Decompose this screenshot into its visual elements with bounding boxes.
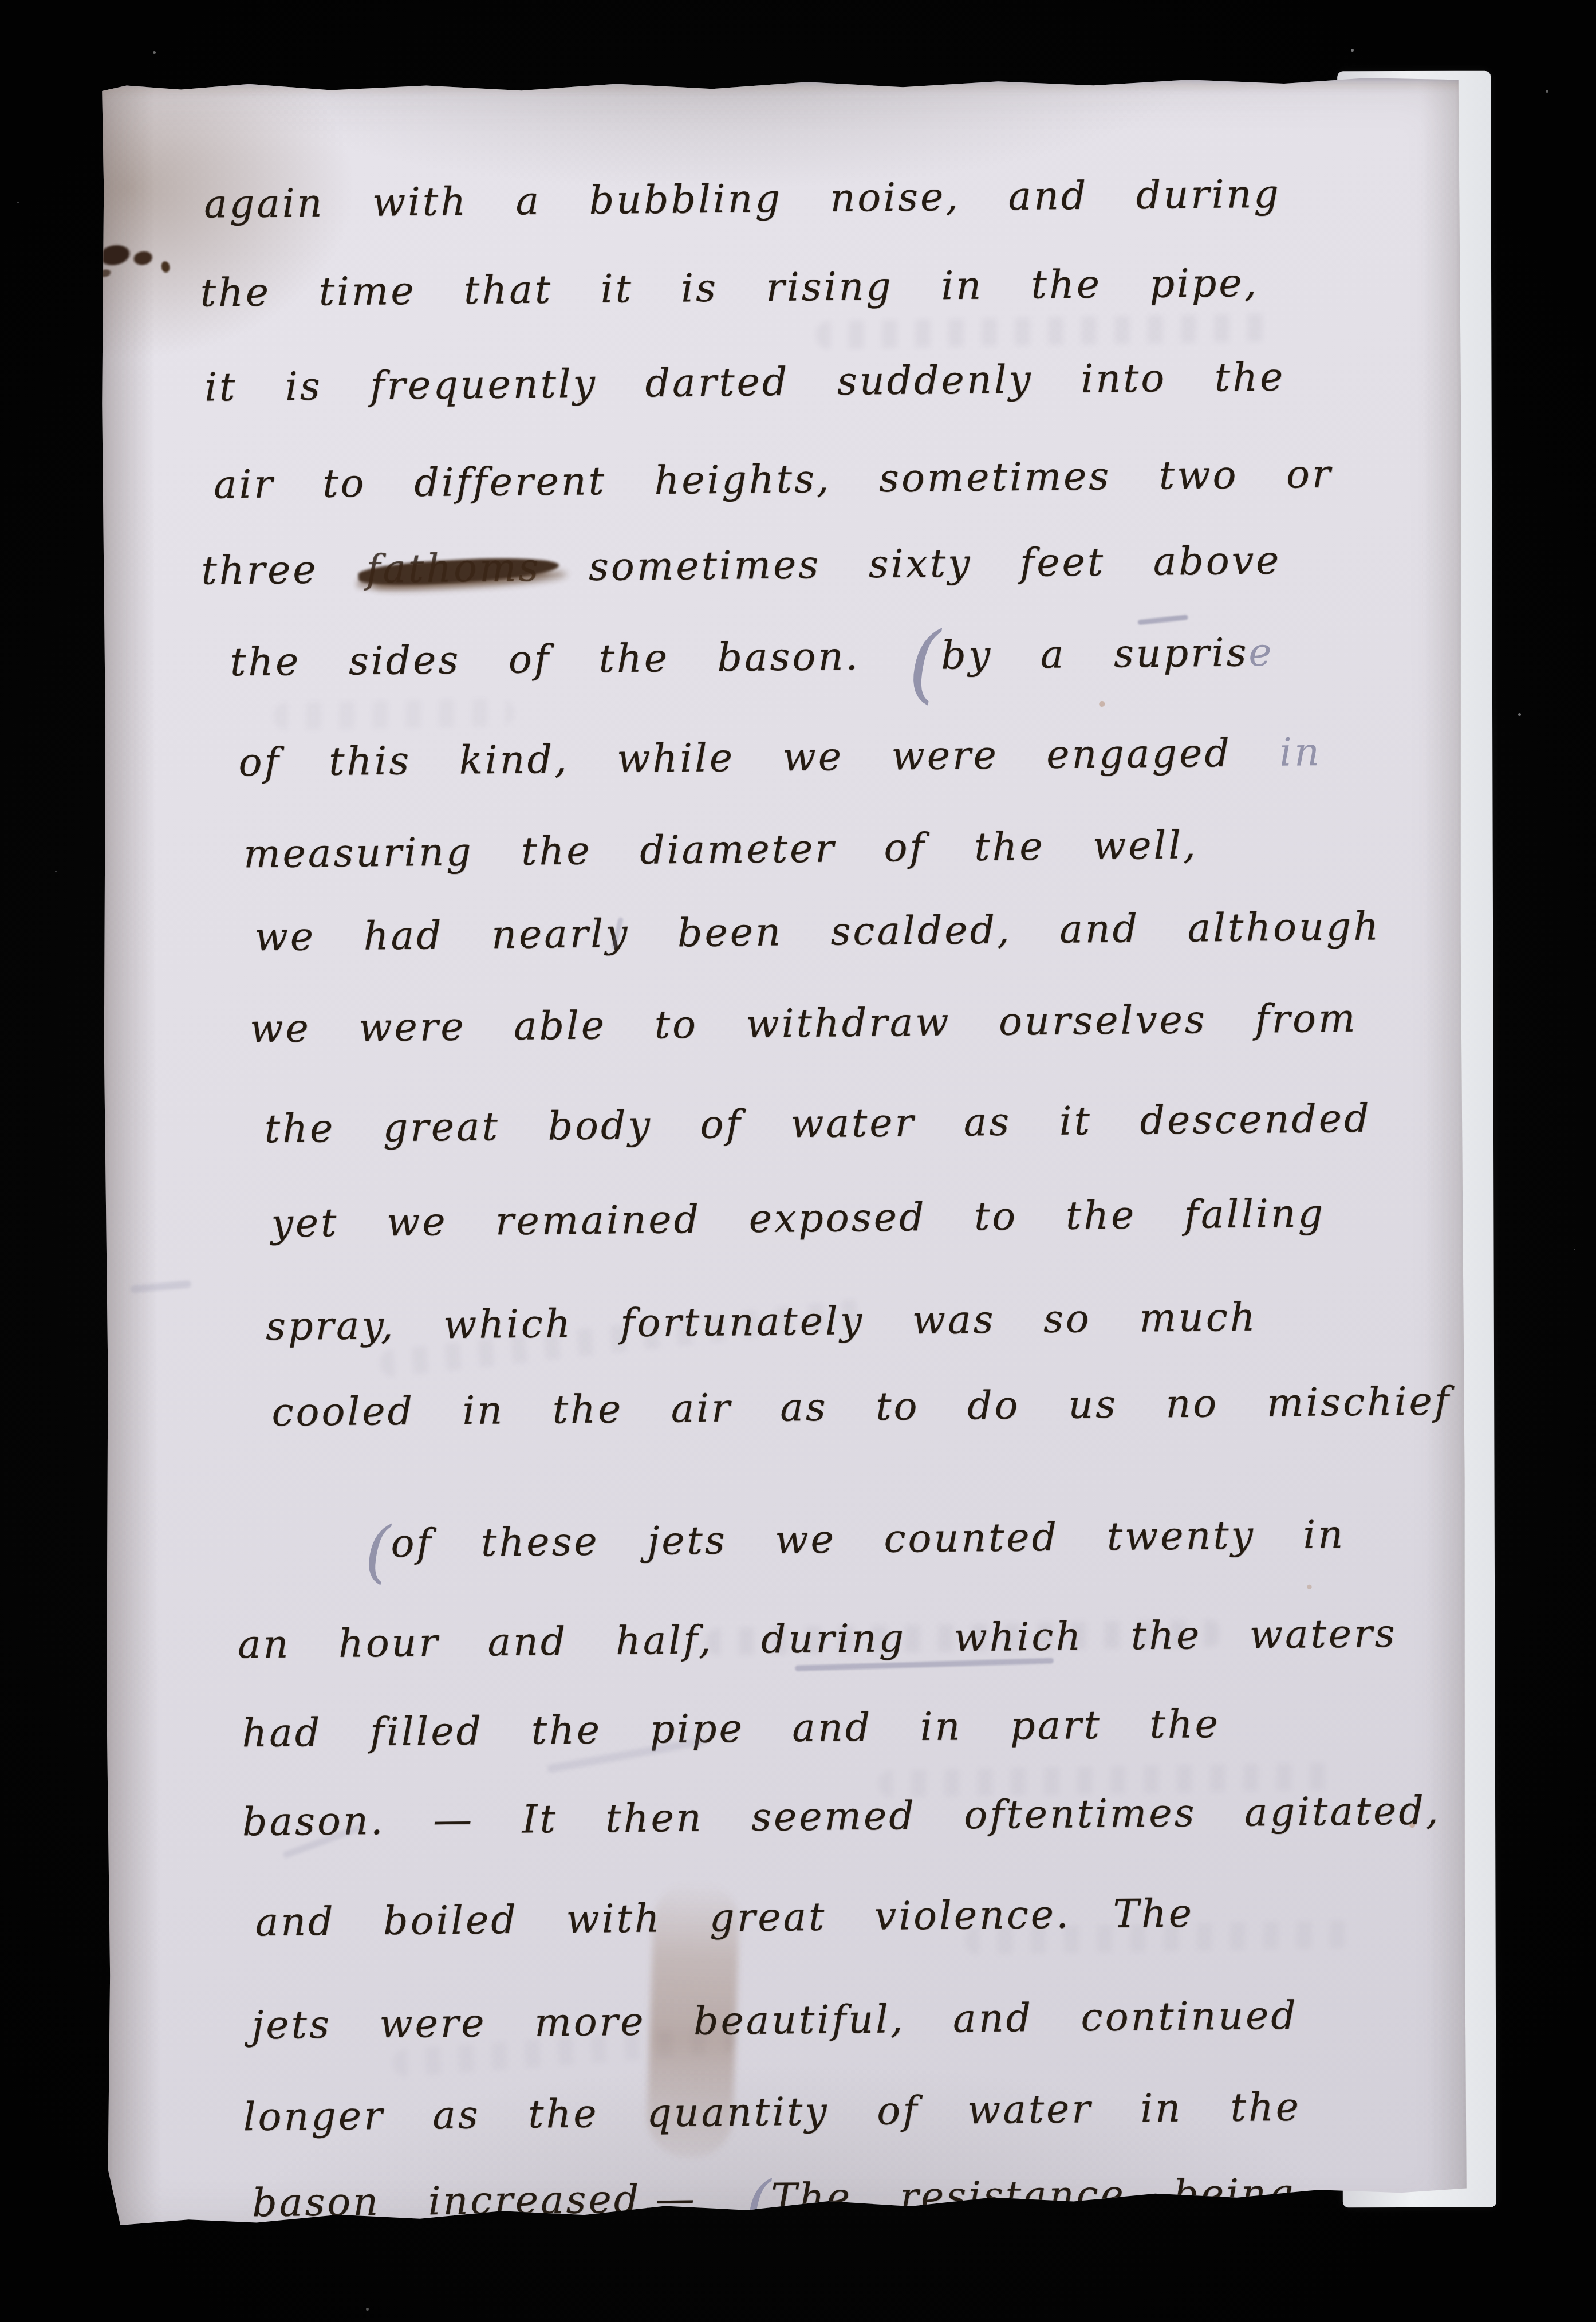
text-segment: longer as the quantity of water in the [243,2085,1301,2140]
manuscript-line-22: bason increased.— (The resistance being [252,2165,1296,2232]
manuscript-line-20: jets were more beautiful, and continued [251,1988,1299,2055]
manuscript-line-11: the great body of water as it descended [264,1091,1372,1159]
text-segment: it is frequently darted suddenly into th… [204,355,1286,410]
manuscript-page: again with a bubbling noise, and during … [99,76,1468,2234]
text-segment: we were able to withdraw ourselves from [250,996,1358,1052]
pencil-parenthesis: ( [744,2166,771,2245]
text-segment: sometimes sixty feet above [589,538,1282,590]
text-segment: of these jets we counted twenty in [391,1512,1346,1567]
word-gap [1071,1927,1113,1928]
manuscript-line-13: spray, which fortunately was so much [266,1289,1258,1356]
text-segment: the time that it is rising in the pipe, [200,261,1259,316]
manuscript-line-5: three fathoms sometimes sixty feet above [201,532,1282,600]
pencil-parenthesis: ( [364,1512,391,1591]
manuscript-line-17: had filled the pipe and in part the [242,1696,1220,1762]
text-segment: bason increased.— [252,2177,697,2226]
text-segment: bason. — It then seemed oftentimes agita… [242,1788,1441,1845]
manuscript-line-14: cooled in the air as to do us no mischie… [271,1373,1451,1442]
manuscript-line-3: it is frequently darted suddenly into th… [204,349,1286,416]
pencil-addition: e [1248,630,1274,675]
text-segment: The resistance being [771,2171,1295,2221]
manuscript-line-12: yet we remained exposed to the falling [271,1185,1326,1253]
text-segment: we had nearly been scalded, and although [254,904,1381,960]
struck-out-word: fathoms [366,545,541,592]
dust-specks [0,0,2,2]
text-segment: an hour and half, [238,1617,714,1667]
text-segment: cooled in the air as to do us no mischie… [271,1379,1451,1435]
text-segment: three [201,548,318,594]
text-segment: measuring the diameter of the well, [243,822,1198,877]
bleed-through-smudge [273,699,514,730]
text-segment: by a supris [941,630,1249,678]
text-segment: again with a bubbling noise, and during [204,171,1281,227]
manuscript-line-19: and boiled with great violence.The [255,1885,1194,1951]
manuscript-line-4: air to different heights, sometimes two … [213,446,1333,514]
text-segment: had filled the pipe and in part the [242,1702,1220,1756]
deckle-edge-shading [99,76,1461,97]
manuscript-line-1: again with a bubbling noise, and during [204,166,1282,233]
manuscript-line-9: we had nearly been scalded, and although [254,898,1381,966]
manuscript-line-2: the time that it is rising in the pipe, [200,255,1259,322]
text-segment: the great body of water as it descended [264,1096,1371,1152]
foxing-spots [99,80,101,82]
manuscript-line-7: of this kind, while we were engaged in [238,724,1322,792]
manuscript-line-16: an hour and half, during which the water… [238,1605,1398,1674]
photograph-backdrop: again with a bubbling noise, and during … [0,0,1596,2322]
text-segment: The [1113,1891,1194,1937]
manuscript-line-8: measuring the diameter of the well, [243,817,1199,883]
manuscript-line-18: bason. — It then seemed oftentimes agita… [242,1782,1441,1851]
pencil-dash-mark [1138,615,1188,625]
underlined-phrase: during which [761,1614,1083,1662]
text-segment: of this kind, while we were engaged [238,731,1232,786]
text-segment: jets were more beautiful, and continued [251,1993,1298,2049]
manuscript-line-6: the sides of the bason. (by a suprise [230,624,1275,691]
manuscript-line-10: we were able to withdraw ourselves from [250,990,1358,1058]
text-segment: the sides of the bason. [230,634,861,686]
text-segment: spray, which fortunately was so much [266,1295,1258,1350]
pencil-margin-smudge [130,1280,191,1293]
bleed-through-smudge [816,313,1275,349]
text-segment: air to different heights, sometimes two … [214,452,1333,508]
pencil-addition: in [1279,730,1322,776]
text-segment: yet we remained exposed to the falling [271,1191,1326,1246]
manuscript-line-21: longer as the quantity of water in the [243,2079,1301,2147]
ink-blot [92,226,187,296]
text-segment: and boiled with great violence. [255,1892,1071,1946]
pencil-parenthesis: ( [908,614,941,713]
text-segment: the waters [1130,1611,1397,1659]
manuscript-line-15: (of these jets we counted twenty in [364,1506,1346,1573]
